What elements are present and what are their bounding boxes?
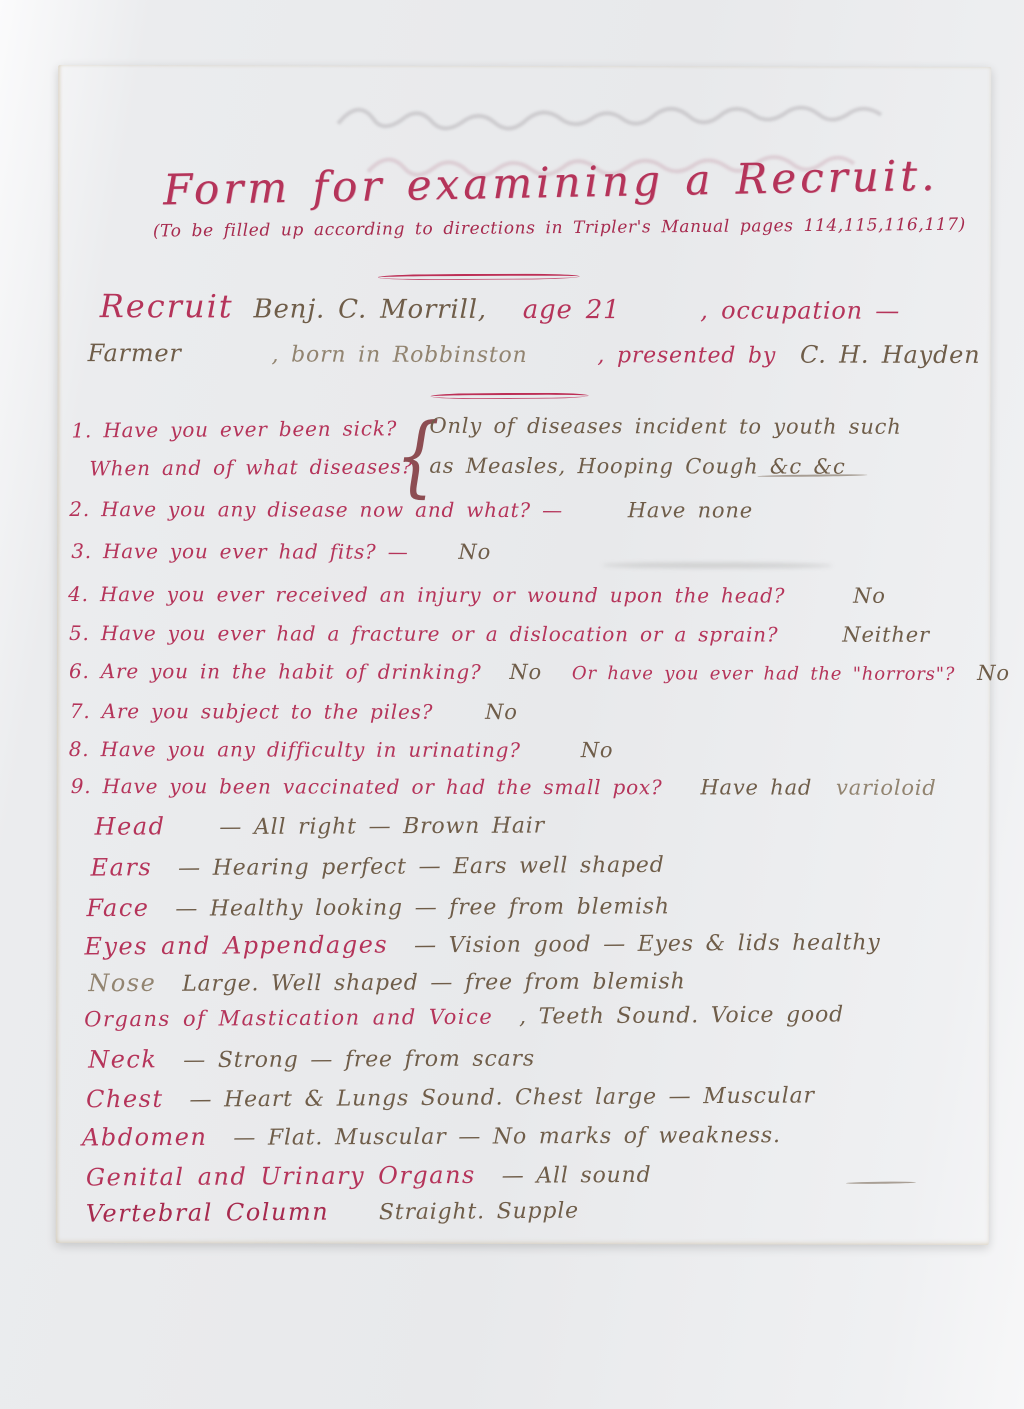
question-text: 8. Have you any difficulty in urinating? — [69, 737, 521, 762]
page-title-text: Form for examining a Recruit. — [163, 151, 939, 215]
exam-item-mastication: Organs of Mastication and Voice , Teeth … — [84, 1002, 844, 1032]
recruit-line: Recruit Benj. C. Morrill, age 21 , occup… — [100, 287, 900, 327]
page-title: Form for examining a Recruit. — [163, 151, 939, 215]
question-7: 7. Are you subject to the piles? No — [70, 699, 518, 724]
exam-label: Vertebral Column — [86, 1198, 329, 1228]
question-text: 6. Are you in the habit of drinking? — [69, 659, 482, 684]
page-subtitle: (To be filled up according to directions… — [153, 215, 966, 242]
question-2: 2. Have you any disease now and what? — … — [69, 497, 753, 522]
ink-smudge — [602, 562, 832, 568]
exam-label: Abdomen — [82, 1123, 208, 1152]
question-text: 1. Have you ever been sick? — [71, 416, 397, 442]
exam-item-chest: Chest — Heart & Lungs Sound. Chest large… — [86, 1080, 815, 1113]
exam-value: — Healthy looking — free from blemish — [175, 894, 670, 921]
document-page: Form for examining a Recruit. (To be fil… — [56, 65, 991, 1245]
answer-text-faint: varioloid — [836, 776, 937, 800]
exam-item-nose: Nose Large. Well shaped — free from blem… — [88, 966, 685, 997]
exam-label: Organs of Mastication and Voice — [84, 1005, 493, 1032]
answer-text: Have none — [628, 498, 753, 522]
exam-item-vertebral: Vertebral Column Straight. Supple — [86, 1196, 579, 1228]
question-text: 4. Have you ever received an injury or w… — [68, 582, 785, 608]
page-subtitle-text: (To be filled up according to directions… — [153, 215, 966, 242]
exam-value: — Flat. Muscular — No marks of weakness. — [233, 1123, 781, 1151]
question-8: 8. Have you any difficulty in urinating?… — [69, 737, 614, 762]
question-6: 6. Are you in the habit of drinking? No … — [69, 659, 1010, 685]
exam-value: Straight. Supple — [379, 1199, 579, 1226]
red-rule-divider-2 — [431, 393, 589, 400]
exam-item-head: Head — All right — Brown Hair — [95, 810, 545, 840]
exam-value: — Strong — free from scars — [183, 1046, 535, 1073]
red-rule-divider — [378, 273, 580, 280]
recruit-birthplace: , born in Robbinston — [272, 342, 528, 368]
exam-value: — Heart & Lungs Sound. Chest large — Mus… — [189, 1083, 814, 1112]
recruit-label: Recruit — [100, 287, 234, 325]
exam-value: Large. Well shaped — free from blemish — [182, 969, 685, 996]
presenter-name: C. H. Hayden — [800, 341, 980, 369]
exam-item-abdomen: Abdomen — Flat. Muscular — No marks of w… — [82, 1120, 781, 1151]
exam-label: Face — [86, 894, 149, 922]
exam-value: — All sound — [502, 1163, 652, 1189]
answer-text: Neither — [842, 623, 930, 647]
exam-item-ears: Ears — Hearing perfect — Ears well shape… — [90, 850, 664, 882]
exam-item-face: Face — Healthy looking — free from blemi… — [86, 891, 669, 922]
exam-label: Eyes and Appendages — [84, 931, 388, 961]
origin-line: Farmer , born in Robbinston , presented … — [88, 339, 981, 369]
question-1-line-1: 1. Have you ever been sick? — [71, 416, 397, 442]
exam-label: Neck — [88, 1045, 157, 1073]
exam-value: — Vision good — Eyes & lids healthy — [414, 930, 881, 958]
exam-label: Head — [95, 812, 166, 840]
exam-value: — All right — Brown Hair — [219, 813, 545, 840]
exam-item-eyes: Eyes and Appendages — Vision good — Eyes… — [84, 927, 880, 960]
recruit-name: Benj. C. Morrill, — [254, 294, 487, 324]
answer-text: No — [485, 700, 518, 724]
answer-text: Have had — [700, 775, 812, 799]
question-9: 9. Have you been vaccinated or had the s… — [71, 774, 937, 800]
answer-text: No — [977, 661, 1010, 685]
answer-text: No — [509, 660, 542, 684]
question-4: 4. Have you ever received an injury or w… — [68, 582, 886, 608]
exam-label: Nose — [88, 969, 156, 997]
answer-1-line-1: Only of diseases incident to youth such — [429, 414, 901, 439]
exam-label: Genital and Urinary Organs — [86, 1161, 476, 1192]
ink-flourish — [846, 1181, 916, 1184]
question-text: 7. Are you subject to the piles? — [70, 699, 433, 724]
exam-value: , Teeth Sound. Voice good — [519, 1002, 844, 1029]
occupation-label: , occupation — — [700, 296, 900, 324]
presented-by-label: , presented by — [597, 343, 776, 368]
question-text: 5. Have you ever had a fracture or a dis… — [69, 621, 778, 646]
exam-item-neck: Neck — Strong — free from scars — [88, 1043, 535, 1073]
answer-text: Only of diseases incident to youth such — [429, 414, 901, 439]
question-3: 3. Have you ever had fits? — No — [71, 539, 491, 564]
question-text: 3. Have you ever had fits? — — [71, 539, 408, 564]
exam-value: — Hearing perfect — Ears well shaped — [178, 853, 665, 881]
exam-label: Ears — [90, 853, 152, 881]
question-text: Or have you ever had the "horrors"? — [572, 663, 955, 685]
exam-item-genital: Genital and Urinary Organs — All sound — [86, 1160, 652, 1192]
exam-label: Chest — [86, 1085, 164, 1114]
question-5: 5. Have you ever had a fracture or a dis… — [69, 621, 930, 647]
question-text: 2. Have you any disease now and what? — — [69, 497, 563, 522]
answer-text: No — [581, 738, 614, 762]
answer-text: No — [853, 584, 886, 608]
recruit-age: age 21 — [523, 295, 621, 325]
question-1-line-2: When and of what diseases? — [89, 454, 413, 480]
question-text: When and of what diseases? — [89, 454, 413, 480]
question-text: 9. Have you been vaccinated or had the s… — [71, 774, 663, 799]
answer-text: No — [458, 540, 491, 564]
recruit-occupation: Farmer — [88, 339, 182, 367]
